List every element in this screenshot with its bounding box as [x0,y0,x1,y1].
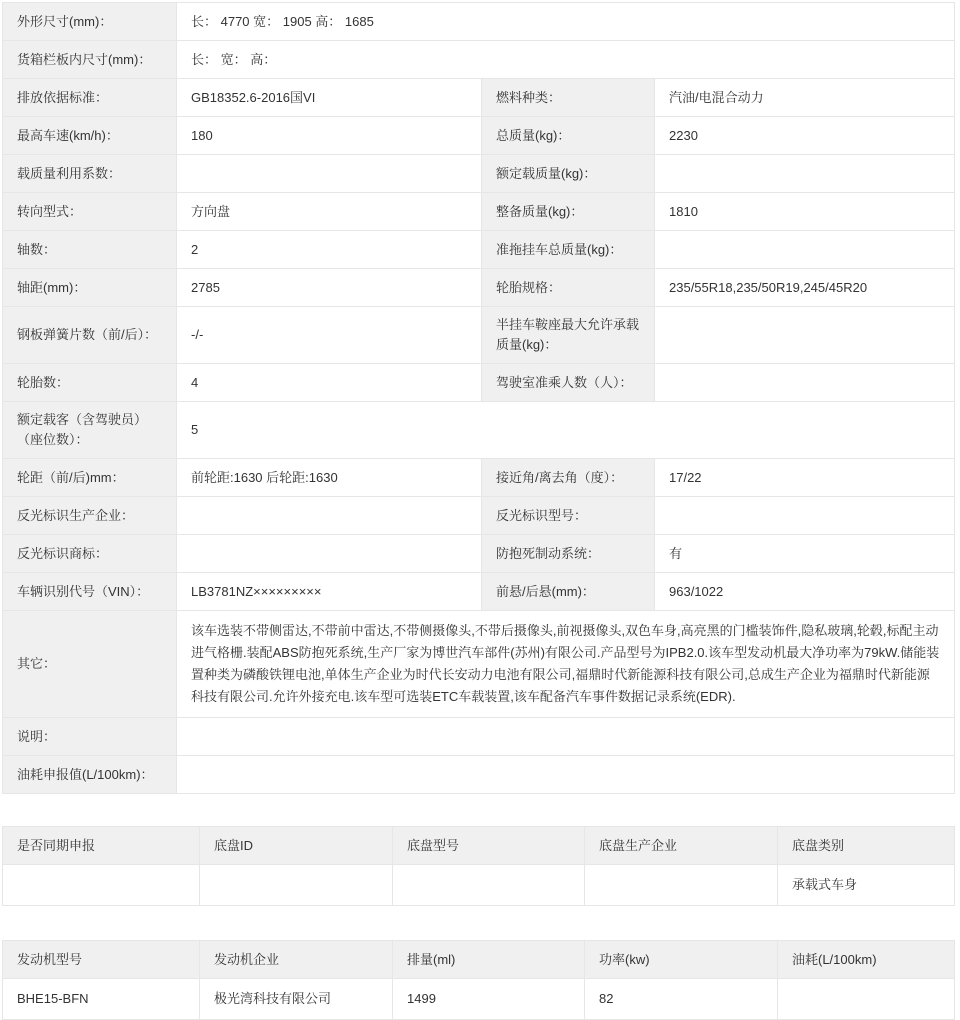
spec-label: 最高车速(km/h)： [3,117,177,155]
table-cell: 承载式车身 [778,865,955,906]
spec-label: 反光标识商标： [3,535,177,573]
spec-value: -/- [177,307,482,364]
spec-label: 驾驶室准乘人数（人）： [482,364,655,402]
spec-label: 排放依据标准： [3,79,177,117]
spec-value [655,307,955,364]
spec-label: 转向型式： [3,193,177,231]
spec-label: 额定载质量(kg)： [482,155,655,193]
spec-value [655,364,955,402]
column-header: 底盘ID [200,827,393,865]
spec-label: 防抱死制动系统： [482,535,655,573]
spec-value [177,718,955,756]
spec-label: 载质量利用系数： [3,155,177,193]
spec-row: 转向型式： 方向盘 整备质量(kg)： 1810 [3,193,955,231]
table-cell-engine-model: BHE15-BFN [3,979,200,1020]
chassis-data-row: 承载式车身 [3,865,955,906]
spec-row: 货箱栏板内尺寸(mm)： 长： 宽： 高： [3,41,955,79]
spec-label: 轮胎规格： [482,269,655,307]
spec-label: 钢板弹簧片数（前/后）： [3,307,177,364]
spec-value: 汽油/电混合动力 [655,79,955,117]
spec-row: 额定载客（含驾驶员）（座位数）： 5 [3,402,955,459]
spec-row: 轮距（前/后)mm： 前轮距:1630 后轮距:1630 接近角/离去角（度）：… [3,459,955,497]
spec-label: 反光标识型号： [482,497,655,535]
spec-label: 车辆识别代号（VIN）： [3,573,177,611]
spec-label: 前悬/后悬(mm)： [482,573,655,611]
spec-row: 反光标识生产企业： 反光标识型号： [3,497,955,535]
spec-table: 外形尺寸(mm)： 长： 4770 宽： 1905 高： 1685 货箱栏板内尺… [2,2,955,794]
spec-label: 整备质量(kg)： [482,193,655,231]
column-header: 功率(kw) [585,941,778,979]
spec-value-vin: LB3781NZ××××××××× [177,573,482,611]
spec-value [177,497,482,535]
spec-value [655,497,955,535]
chassis-header-row: 是否同期申报 底盘ID 底盘型号 底盘生产企业 底盘类别 [3,827,955,865]
spec-value: 前轮距:1630 后轮距:1630 [177,459,482,497]
spec-label: 半挂车鞍座最大允许承载质量(kg)： [482,307,655,364]
spec-label: 反光标识生产企业： [3,497,177,535]
column-header: 油耗(L/100km) [778,941,955,979]
engine-data-row: BHE15-BFN 极光湾科技有限公司 1499 82 [3,979,955,1020]
spec-value [177,535,482,573]
spec-label: 接近角/离去角（度）： [482,459,655,497]
spec-value: 17/22 [655,459,955,497]
table-cell-engine-maker: 极光湾科技有限公司 [200,979,393,1020]
spec-value: 长： 4770 宽： 1905 高： 1685 [177,3,955,41]
spec-value: 方向盘 [177,193,482,231]
column-header: 排量(ml) [393,941,585,979]
spec-value [177,756,955,794]
spec-value [177,155,482,193]
spec-row: 油耗申报值(L/100km)： [3,756,955,794]
spec-value: 1810 [655,193,955,231]
column-header: 底盘类别 [778,827,955,865]
spec-row: 说明： [3,718,955,756]
vehicle-declaration-page: 外形尺寸(mm)： 长： 4770 宽： 1905 高： 1685 货箱栏板内尺… [0,0,954,1020]
spec-value [655,155,955,193]
spec-label: 轮胎数： [3,364,177,402]
spec-value-other-remarks: 该车选装不带侧雷达,不带前中雷达,不带侧摄像头,不带后摄像头,前视摄像头,双色车… [177,611,955,718]
spec-row: 轮胎数： 4 驾驶室准乘人数（人）： [3,364,955,402]
table-cell [393,865,585,906]
spec-row: 轴数： 2 准拖挂车总质量(kg)： [3,231,955,269]
spec-value: 963/1022 [655,573,955,611]
spec-value: 长： 宽： 高： [177,41,955,79]
spec-row: 外形尺寸(mm)： 长： 4770 宽： 1905 高： 1685 [3,3,955,41]
spec-value: 4 [177,364,482,402]
spec-row: 载质量利用系数： 额定载质量(kg)： [3,155,955,193]
engine-header-row: 发动机型号 发动机企业 排量(ml) 功率(kw) 油耗(L/100km) [3,941,955,979]
spec-row: 轴距(mm)： 2785 轮胎规格： 235/55R18,235/50R19,2… [3,269,955,307]
spec-label: 外形尺寸(mm)： [3,3,177,41]
column-header: 底盘生产企业 [585,827,778,865]
spec-value: 235/55R18,235/50R19,245/45R20 [655,269,955,307]
spec-label: 额定载客（含驾驶员）（座位数）： [3,402,177,459]
spec-row-other: 其它： 该车选装不带侧雷达,不带前中雷达,不带侧摄像头,不带后摄像头,前视摄像头… [3,611,955,718]
spec-label: 其它： [3,611,177,718]
column-header: 底盘型号 [393,827,585,865]
table-cell [3,865,200,906]
table-cell [200,865,393,906]
spec-value [655,231,955,269]
spec-label: 货箱栏板内尺寸(mm)： [3,41,177,79]
table-cell [585,865,778,906]
column-header: 发动机型号 [3,941,200,979]
spec-label: 准拖挂车总质量(kg)： [482,231,655,269]
spec-row: 最高车速(km/h)： 180 总质量(kg)： 2230 [3,117,955,155]
table-cell-fuel [778,979,955,1020]
column-header: 发动机企业 [200,941,393,979]
spec-value: 2 [177,231,482,269]
table-cell-power: 82 [585,979,778,1020]
spec-label: 轮距（前/后)mm： [3,459,177,497]
chassis-table: 是否同期申报 底盘ID 底盘型号 底盘生产企业 底盘类别 承载式车身 [2,826,955,906]
spec-value: 有 [655,535,955,573]
spec-label: 说明： [3,718,177,756]
column-header: 是否同期申报 [3,827,200,865]
engine-table: 发动机型号 发动机企业 排量(ml) 功率(kw) 油耗(L/100km) BH… [2,940,955,1020]
spec-label: 燃料种类： [482,79,655,117]
table-cell-displacement: 1499 [393,979,585,1020]
spec-row: 车辆识别代号（VIN）： LB3781NZ××××××××× 前悬/后悬(mm)… [3,573,955,611]
spec-row: 反光标识商标： 防抱死制动系统： 有 [3,535,955,573]
spec-row: 钢板弹簧片数（前/后）： -/- 半挂车鞍座最大允许承载质量(kg)： [3,307,955,364]
spec-row: 排放依据标准： GB18352.6-2016国VI 燃料种类： 汽油/电混合动力 [3,79,955,117]
spec-value: 2230 [655,117,955,155]
spec-value: 2785 [177,269,482,307]
spec-value: GB18352.6-2016国VI [177,79,482,117]
spec-value: 5 [177,402,955,459]
spec-label: 油耗申报值(L/100km)： [3,756,177,794]
spec-value: 180 [177,117,482,155]
spec-label: 轴距(mm)： [3,269,177,307]
spec-label: 轴数： [3,231,177,269]
spec-label: 总质量(kg)： [482,117,655,155]
